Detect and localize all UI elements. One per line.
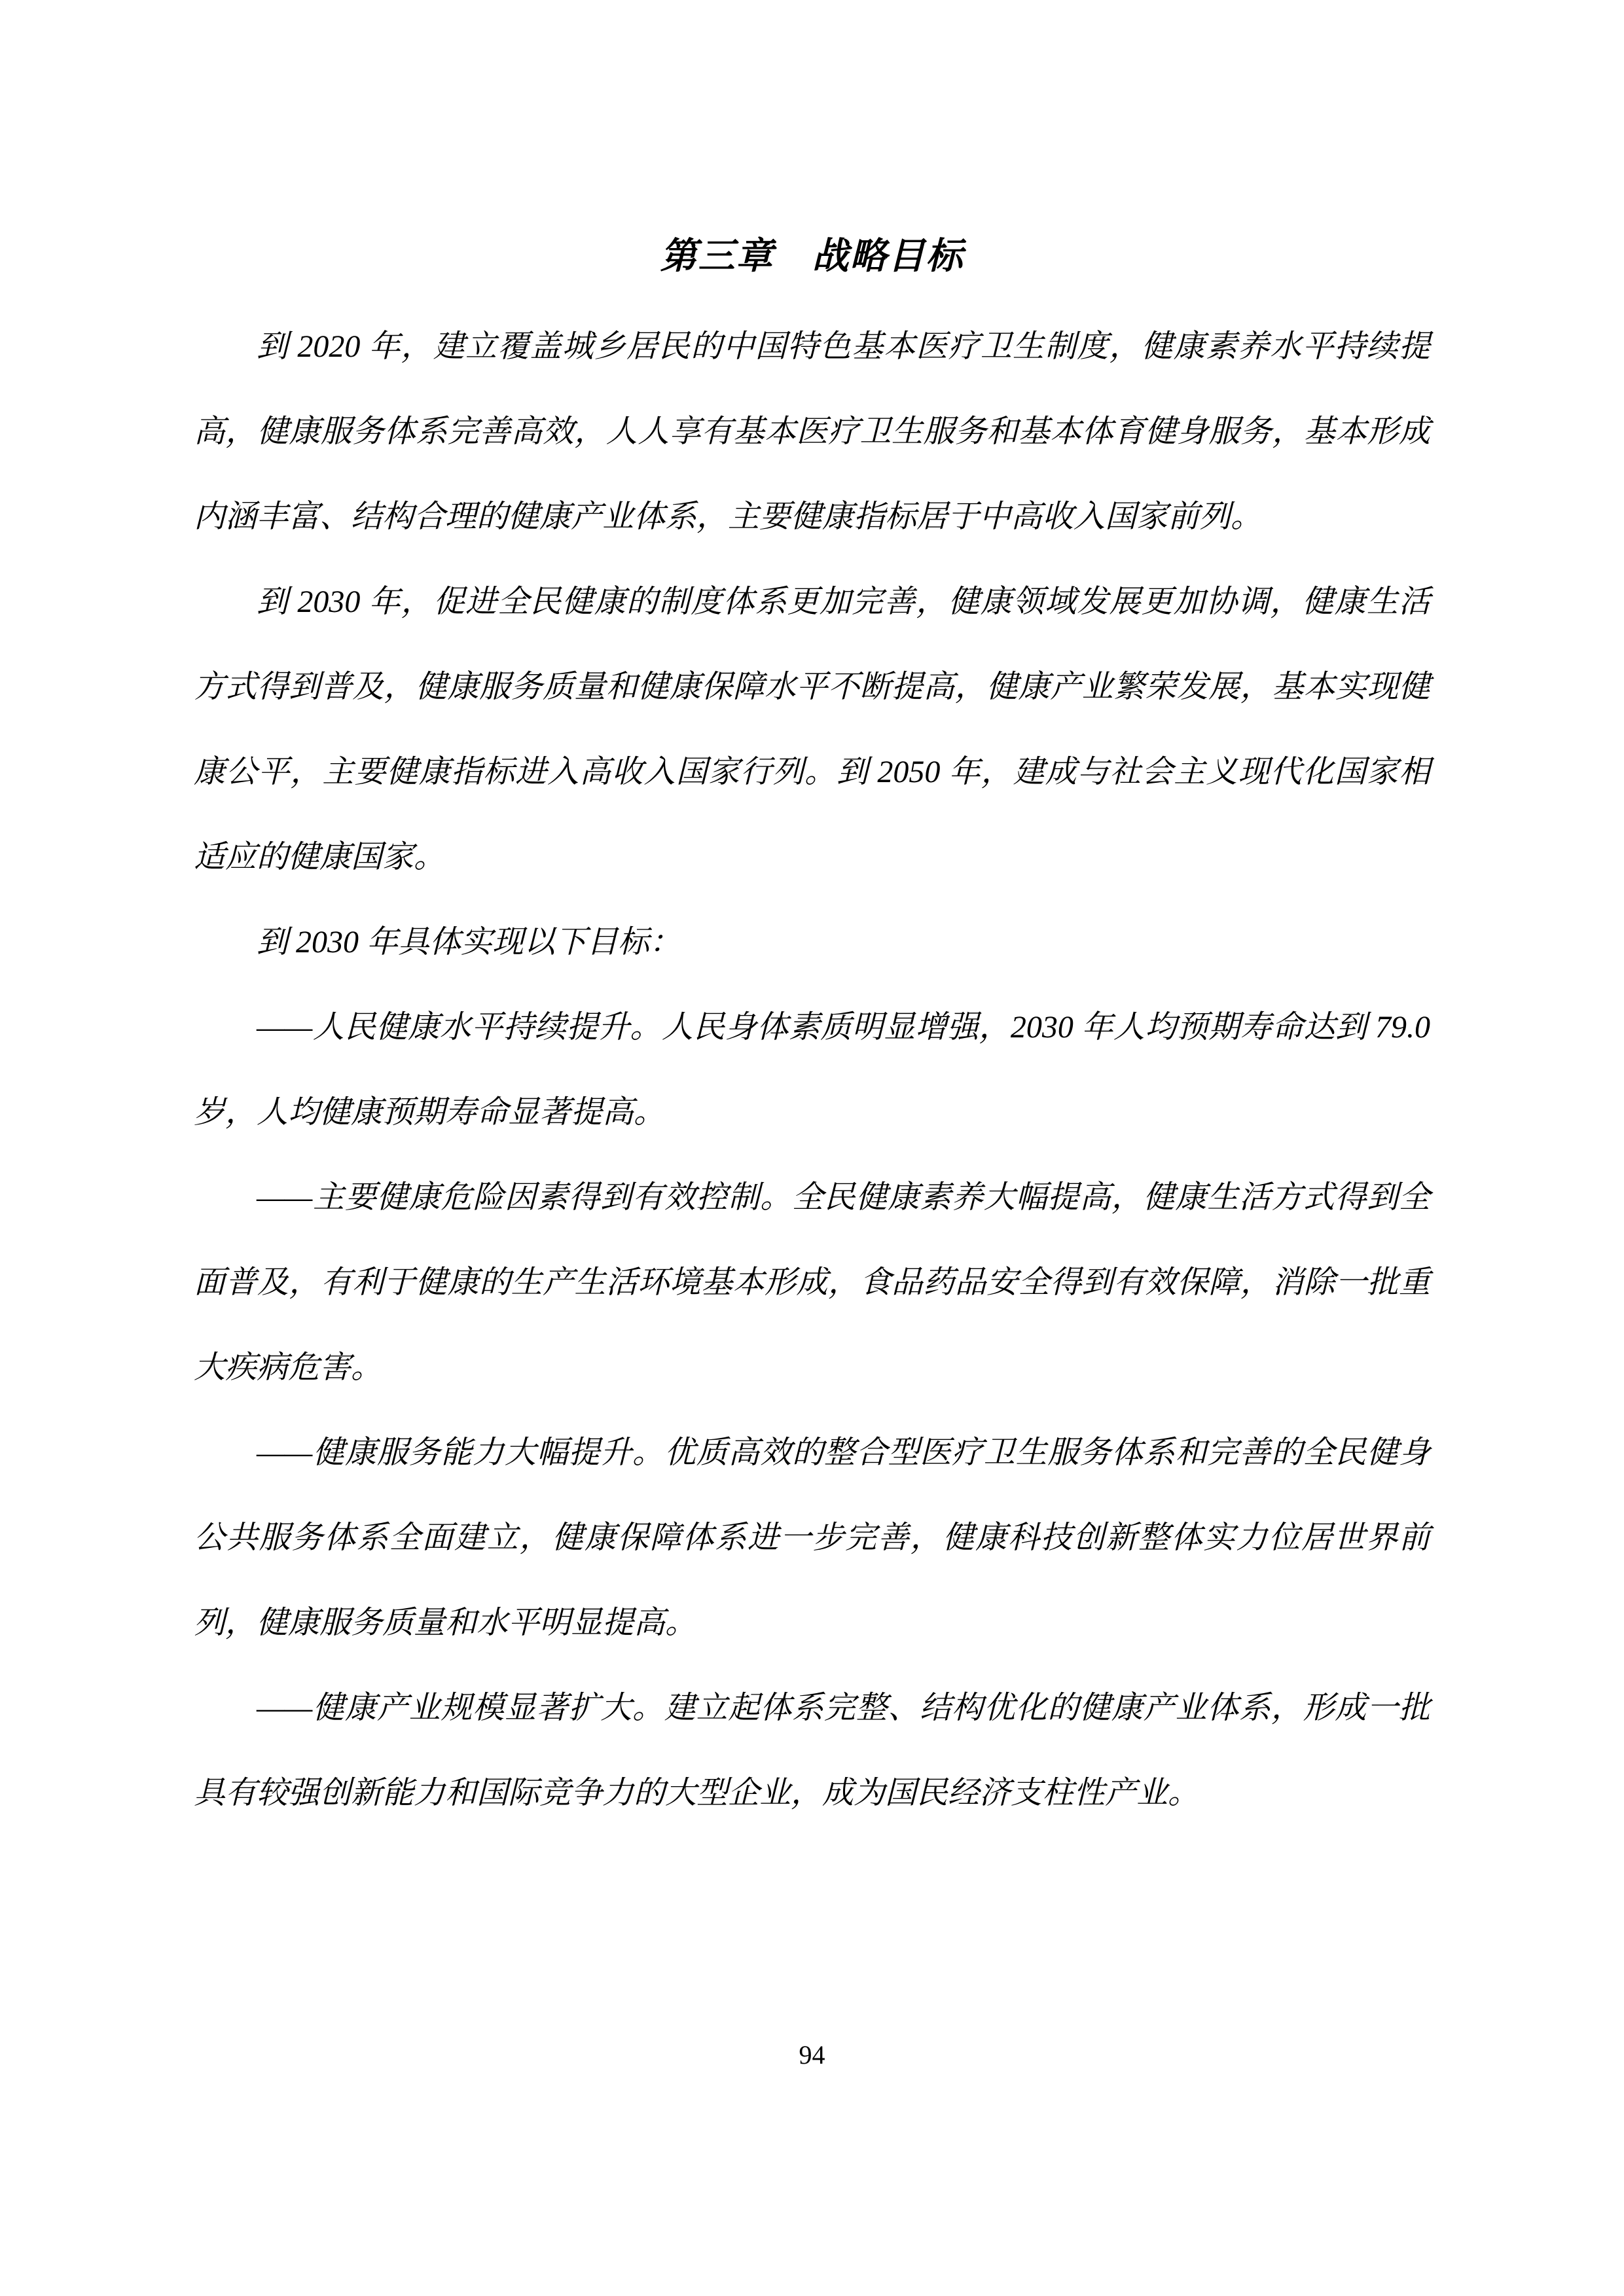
- paragraph: 到 2030 年，促进全民健康的制度体系更加完善，健康领域发展更加协调，健康生活…: [194, 560, 1430, 900]
- page-number: 94: [0, 2037, 1624, 2073]
- paragraph: 到 2020 年，建立覆盖城乡居民的中国特色基本医疗卫生制度，健康素养水平持续提…: [194, 304, 1430, 560]
- paragraph: 到 2030 年具体实现以下目标：: [194, 900, 1430, 985]
- paragraph: ——健康产业规模显著扩大。建立起体系完整、结构优化的健康产业体系，形成一批具有较…: [194, 1666, 1430, 1836]
- document-body: 到 2020 年，建立覆盖城乡居民的中国特色基本医疗卫生制度，健康素养水平持续提…: [194, 304, 1430, 1836]
- chapter-title: 第三章 战略目标: [0, 230, 1624, 283]
- paragraph: ——主要健康危险因素得到有效控制。全民健康素养大幅提高，健康生活方式得到全面普及…: [194, 1155, 1430, 1410]
- document-page: 第三章 战略目标 到 2020 年，建立覆盖城乡居民的中国特色基本医疗卫生制度，…: [0, 0, 1624, 2296]
- paragraph: ——人民健康水平持续提升。人民身体素质明显增强，2030 年人均预期寿命达到 7…: [194, 985, 1430, 1155]
- paragraph: ——健康服务能力大幅提升。优质高效的整合型医疗卫生服务体系和完善的全民健身公共服…: [194, 1410, 1430, 1666]
